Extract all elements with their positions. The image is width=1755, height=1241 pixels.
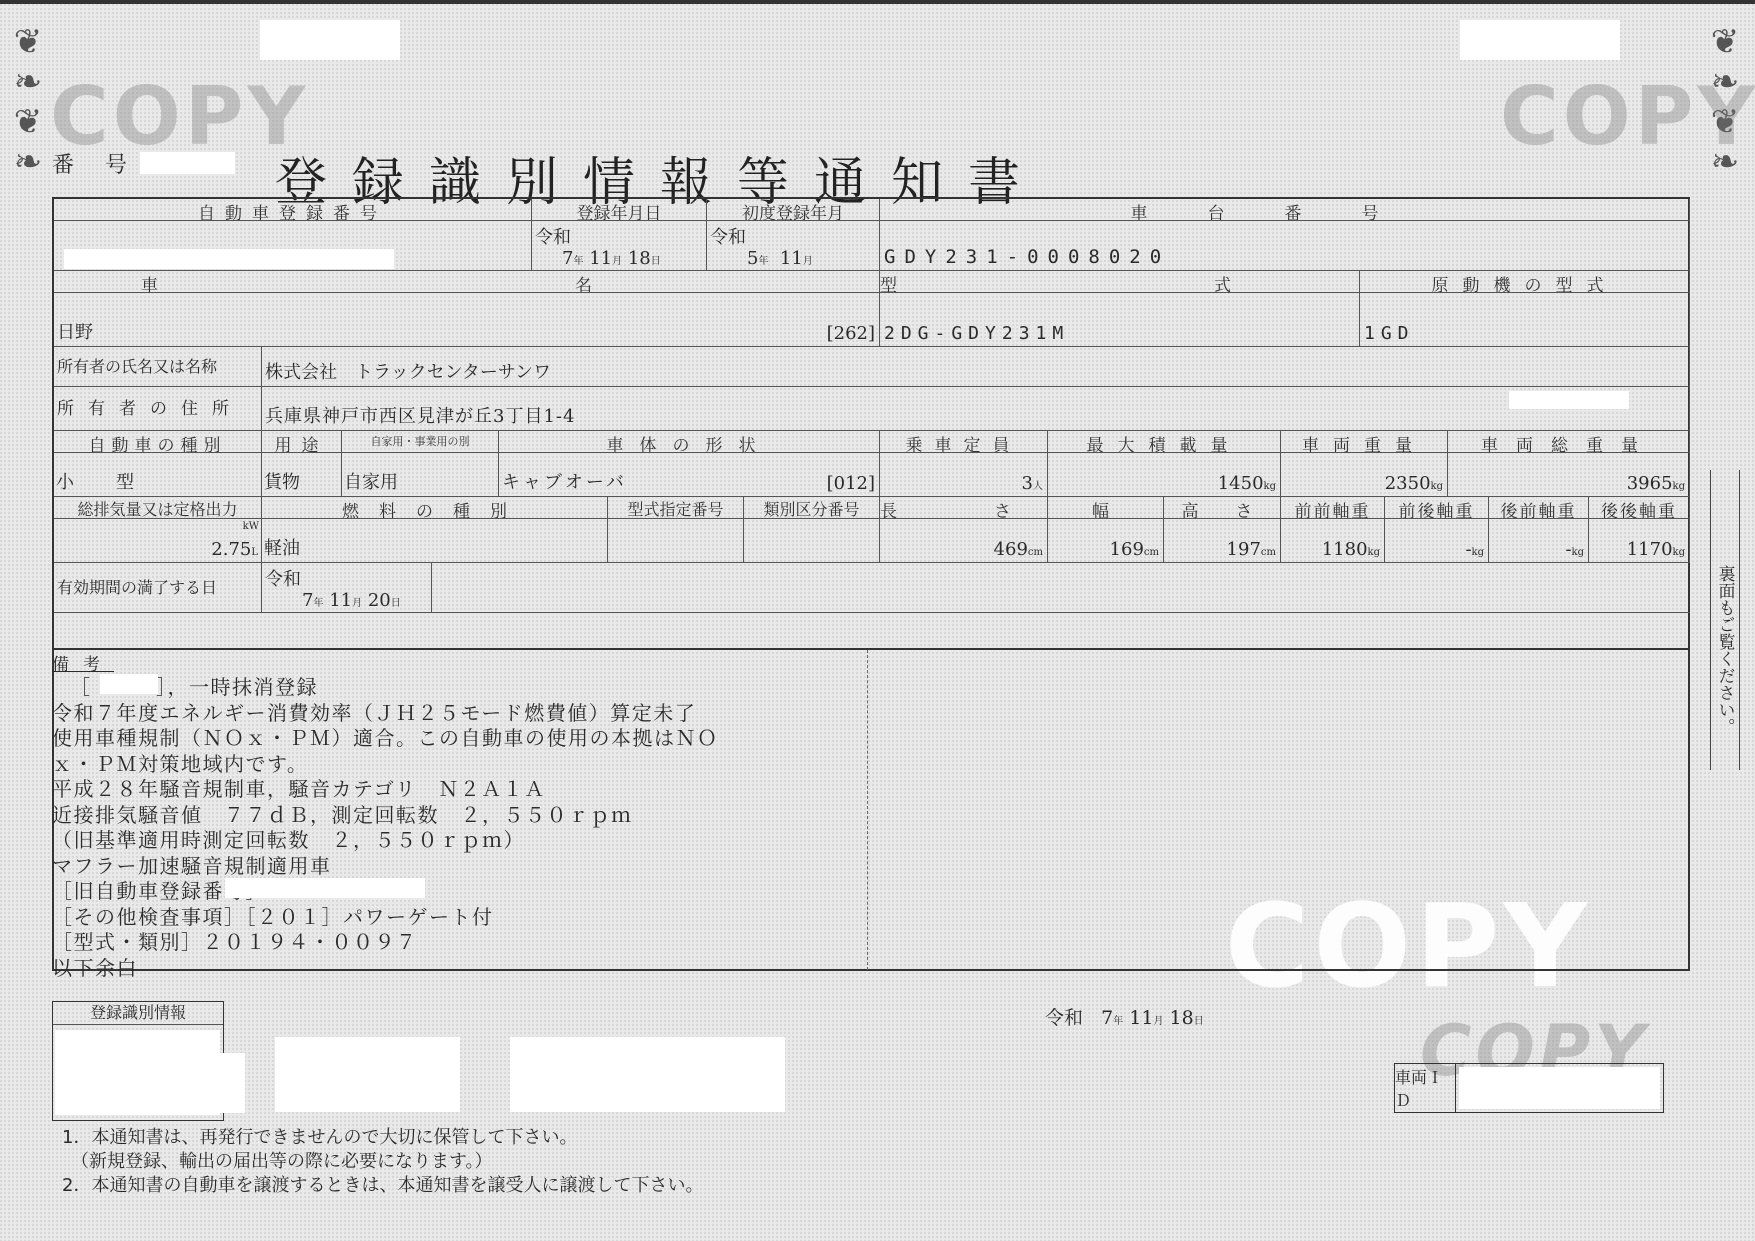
private-business-header: 自家用・事業用の別 [342, 431, 499, 453]
chassis-header: 車台番号 [880, 199, 1690, 221]
first-reg-value: 令和 5年 11月 [707, 221, 880, 271]
fr-axle-value: -kg [1385, 519, 1489, 563]
remarks-line: ［旧自動車登録番号］ [52, 879, 867, 905]
length-header: 長 さ [880, 497, 1048, 519]
gross-weight-value: 3965kg [1448, 453, 1690, 497]
see-reverse-note: 裏面もご覧ください。 [1710, 470, 1740, 770]
gross-weight-header: 車両総重量 [1448, 431, 1690, 453]
max-load-value: 1450kg [1048, 453, 1281, 497]
displacement-header: 総排気量又は定格出力 [54, 497, 262, 519]
owner-address-value: 兵庫県神戸市西区見津が丘3丁目1-4 [262, 387, 1690, 431]
rr-axle-header: 後後軸重 [1589, 497, 1690, 519]
reg-number-value [54, 221, 532, 271]
vehicle-id-value [1459, 1067, 1660, 1109]
expiry-value: 令和 7年 11月 20日 [262, 563, 432, 613]
scan-top-edge [0, 0, 1755, 4]
remarks-title: 備考 [52, 650, 867, 675]
redaction [155, 1053, 245, 1113]
owner-name-value: 株式会社 トラックセンターサンワ [262, 347, 1690, 387]
owner-address-label: 所有者の住所 [54, 387, 262, 431]
document-number-label: 番 号 [52, 148, 139, 179]
height-value: 197cm [1164, 519, 1281, 563]
reg-number-redacted [64, 249, 394, 269]
note-line: 1．本通知書は、再発行できませんので大切に保管して下さい。 [62, 1126, 703, 1150]
vehicle-type-header: 自動車の種別 [54, 431, 262, 453]
purpose-header: 用途 [262, 431, 342, 453]
redaction [1460, 20, 1620, 60]
rf-axle-value: -kg [1489, 519, 1589, 563]
fr-axle-header: 前後軸重 [1385, 497, 1489, 519]
redaction [260, 20, 400, 60]
rr-axle-value: 1170kg [1589, 519, 1690, 563]
issue-date: 令和 7年 11月 18日 [1045, 1003, 1204, 1030]
body-shape-header: 車体の形状 [499, 431, 880, 453]
reg-date-header: 登録年月日 [532, 199, 707, 221]
ff-axle-header: 前前軸重 [1281, 497, 1385, 519]
reg-number-header: 自動車登録番号 [54, 199, 532, 221]
remarks-line: ［その他検査事項］［２０１］パワーゲート付 [52, 905, 867, 931]
remarks-line: 使用車種規制（ＮＯｘ・ＰＭ）適合。この自動車の使用の本拠はＮＯ [52, 726, 867, 752]
old-reg-number-redacted [225, 878, 425, 898]
private-business-value: 自家用 [342, 453, 499, 497]
remarks-line: マフラー加速騒音規制適用車 [52, 854, 867, 880]
width-header: 幅 [1048, 497, 1164, 519]
displacement-value: kW 2.75L [54, 519, 262, 563]
remarks-line: ［型式・類別］２０１９４・００９７ [52, 930, 867, 956]
max-load-header: 最大積載量 [1048, 431, 1281, 453]
remarks-divider [867, 650, 868, 970]
category-number-header: 類別区分番号 [744, 497, 880, 519]
rf-axle-header: 後前軸重 [1489, 497, 1589, 519]
remarks-line: ［ ］，一時抹消登録 [52, 675, 867, 701]
engine-model-header: 原動機の型式 [1360, 271, 1690, 293]
redaction [1509, 391, 1629, 409]
purpose-value: 貨物 [262, 453, 342, 497]
remarks: 備考 ［ ］，一時抹消登録 令和７年度エネルギー消費効率（ＪＨ２５モード燃費値）… [52, 650, 867, 981]
model-value: 2DG-GDY231M [880, 293, 1360, 347]
remarks-line: 令和７年度エネルギー消費効率（ＪＨ２５モード燃費値）算定未了 [52, 701, 867, 727]
fuel-header: 燃料の種別 [262, 497, 608, 519]
expiry-blank [432, 563, 1690, 613]
capacity-header: 乗車定員 [880, 431, 1048, 453]
chassis-number-value: GDY231-0008020 [880, 221, 1690, 271]
body-shape-value: キャブオーバ [012] [499, 453, 880, 497]
fuel-value: 軽油 [262, 519, 608, 563]
model-header: 型 式 [880, 271, 1360, 293]
remarks-line: 平成２８年騒音規制車，騒音カテゴリ Ｎ２Ａ１Ａ [52, 777, 867, 803]
vehicle-weight-value: 2350kg [1281, 453, 1448, 497]
ff-axle-value: 1180kg [1281, 519, 1385, 563]
remarks-line: ｘ・ＰＭ対策地域内です。 [52, 752, 867, 778]
car-name-header: 車 名 [54, 271, 880, 293]
ornament-left-icon: ❦❧❦❧ [8, 22, 48, 222]
remarks-area-top [54, 613, 1690, 648]
notes: 1．本通知書は、再発行できませんので大切に保管して下さい。 （新規登録、輸出の届… [62, 1126, 703, 1198]
type-designation-value [608, 519, 744, 563]
redaction [100, 674, 158, 694]
redaction [510, 1037, 785, 1112]
note-line: 2．本通知書の自動車を譲渡するときは、本通知書を譲受人に譲渡して下さい。 [62, 1174, 703, 1198]
remarks-line: 以下余白 [52, 956, 867, 982]
remarks-line: （旧基準適用時測定回転数 ２，５５０ｒｐｍ） [52, 828, 867, 854]
engine-model-value: 1GD [1360, 293, 1690, 347]
remarks-line: 近接排気騒音値 ７７ｄＢ，測定回転数 ２，５５０ｒｐｍ [52, 803, 867, 829]
registration-info-label: 登録識別情報 [53, 1002, 223, 1025]
vehicle-weight-header: 車両重量 [1281, 431, 1448, 453]
capacity-value: 3人 [880, 453, 1048, 497]
owner-name-label: 所有者の氏名又は名称 [54, 347, 262, 387]
reg-date-value: 令和 7年 11月 18日 [532, 221, 707, 271]
copy-watermark: COPY [1500, 70, 1755, 163]
type-designation-header: 型式指定番号 [608, 497, 744, 519]
expiry-label: 有効期間の満了する日 [54, 563, 262, 613]
width-value: 169cm [1048, 519, 1164, 563]
vehicle-id-label: 車両ＩＤ [1395, 1064, 1456, 1112]
note-line: （新規登録、輸出の届出等の際に必要になります。） [62, 1150, 703, 1174]
vehicle-id-box: 車両ＩＤ [1394, 1063, 1664, 1113]
era: 令和 [535, 223, 571, 249]
registration-table: 自動車登録番号 登録年月日 初度登録年月 車台番号 令和 7年 11月 18日 … [52, 197, 1690, 650]
category-number-value [744, 519, 880, 563]
vehicle-type-value: 小 型 [54, 453, 262, 497]
length-value: 469cm [880, 519, 1048, 563]
height-header: 高 さ [1164, 497, 1281, 519]
redaction [275, 1037, 460, 1112]
first-reg-header: 初度登録年月 [707, 199, 880, 221]
document-number-redacted [140, 152, 235, 174]
car-name-value: 日野 [262] [54, 293, 880, 347]
